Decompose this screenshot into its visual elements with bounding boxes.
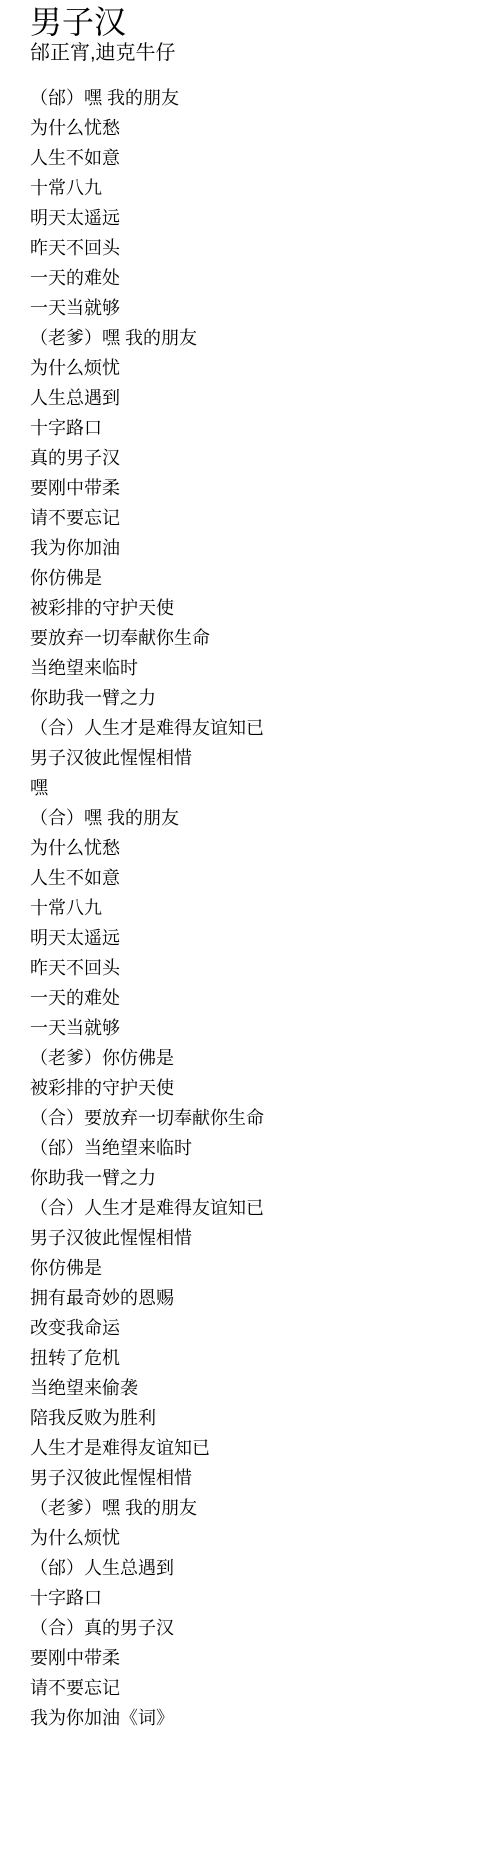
lyric-line: 人生不如意 <box>30 863 480 893</box>
lyric-line: （合）人生才是难得友谊知已 <box>30 713 480 743</box>
lyric-line: 为什么忧愁 <box>30 833 480 863</box>
lyric-line: 你助我一臂之力 <box>30 683 480 713</box>
lyric-line: 十字路口 <box>30 413 480 443</box>
lyric-line: 一天当就够 <box>30 293 480 323</box>
lyric-line: 改变我命运 <box>30 1313 480 1343</box>
lyric-line: 人生总遇到 <box>30 383 480 413</box>
lyric-line: 为什么烦忧 <box>30 353 480 383</box>
lyric-line: 请不要忘记 <box>30 503 480 533</box>
lyric-line: 请不要忘记 <box>30 1673 480 1703</box>
lyric-line: 一天的难处 <box>30 983 480 1013</box>
lyrics-block: （邰）嘿 我的朋友为什么忧愁人生不如意十常八九明天太遥远昨天不回头一天的难处一天… <box>30 83 480 1733</box>
lyric-line: 男子汉彼此惺惺相惜 <box>30 1223 480 1253</box>
lyric-line: 昨天不回头 <box>30 953 480 983</box>
lyric-line: 十字路口 <box>30 1583 480 1613</box>
lyric-line: 男子汉彼此惺惺相惜 <box>30 1463 480 1493</box>
lyric-line: 为什么忧愁 <box>30 113 480 143</box>
lyric-line: （合）要放弃一切奉献你生命 <box>30 1103 480 1133</box>
lyrics-page: 男子汉 邰正宵,迪克牛仔 （邰）嘿 我的朋友为什么忧愁人生不如意十常八九明天太遥… <box>0 0 500 1870</box>
lyric-line: 扭转了危机 <box>30 1343 480 1373</box>
lyric-line: （老爹）嘿 我的朋友 <box>30 323 480 353</box>
lyric-line: 明天太遥远 <box>30 203 480 233</box>
song-title: 男子汉 <box>30 2 480 42</box>
lyric-line: 被彩排的守护天使 <box>30 1073 480 1103</box>
lyric-line: 嘿 <box>30 773 480 803</box>
lyric-line: （合）真的男子汉 <box>30 1613 480 1643</box>
lyric-line: 当绝望来偷袭 <box>30 1373 480 1403</box>
lyric-line: 你仿佛是 <box>30 563 480 593</box>
lyric-line: （邰）嘿 我的朋友 <box>30 83 480 113</box>
lyric-line: 为什么烦忧 <box>30 1523 480 1553</box>
lyric-line: 拥有最奇妙的恩赐 <box>30 1283 480 1313</box>
lyric-line: 十常八九 <box>30 173 480 203</box>
song-artists: 邰正宵,迪克牛仔 <box>30 42 480 65</box>
lyric-line: 一天的难处 <box>30 263 480 293</box>
lyric-line: 昨天不回头 <box>30 233 480 263</box>
lyric-line: （合）人生才是难得友谊知已 <box>30 1193 480 1223</box>
lyric-line: 十常八九 <box>30 893 480 923</box>
lyric-line: 要刚中带柔 <box>30 1643 480 1673</box>
lyric-line: 我为你加油《词》 <box>30 1703 480 1733</box>
lyric-line: （邰）当绝望来临时 <box>30 1133 480 1163</box>
lyric-line: 明天太遥远 <box>30 923 480 953</box>
lyric-line: 要放弃一切奉献你生命 <box>30 623 480 653</box>
lyric-line: 男子汉彼此惺惺相惜 <box>30 743 480 773</box>
lyric-line: 你助我一臂之力 <box>30 1163 480 1193</box>
lyric-line: 当绝望来临时 <box>30 653 480 683</box>
lyric-line: 你仿佛是 <box>30 1253 480 1283</box>
lyric-line: （老爹）嘿 我的朋友 <box>30 1493 480 1523</box>
lyric-line: （邰）人生总遇到 <box>30 1553 480 1583</box>
lyric-line: 要刚中带柔 <box>30 473 480 503</box>
lyric-line: 人生才是难得友谊知已 <box>30 1433 480 1463</box>
lyric-line: 陪我反败为胜利 <box>30 1403 480 1433</box>
lyric-line: 一天当就够 <box>30 1013 480 1043</box>
lyric-line: （合）嘿 我的朋友 <box>30 803 480 833</box>
lyric-line: 人生不如意 <box>30 143 480 173</box>
lyric-line: 真的男子汉 <box>30 443 480 473</box>
lyric-line: 我为你加油 <box>30 533 480 563</box>
lyric-line: （老爹）你仿佛是 <box>30 1043 480 1073</box>
lyric-line: 被彩排的守护天使 <box>30 593 480 623</box>
